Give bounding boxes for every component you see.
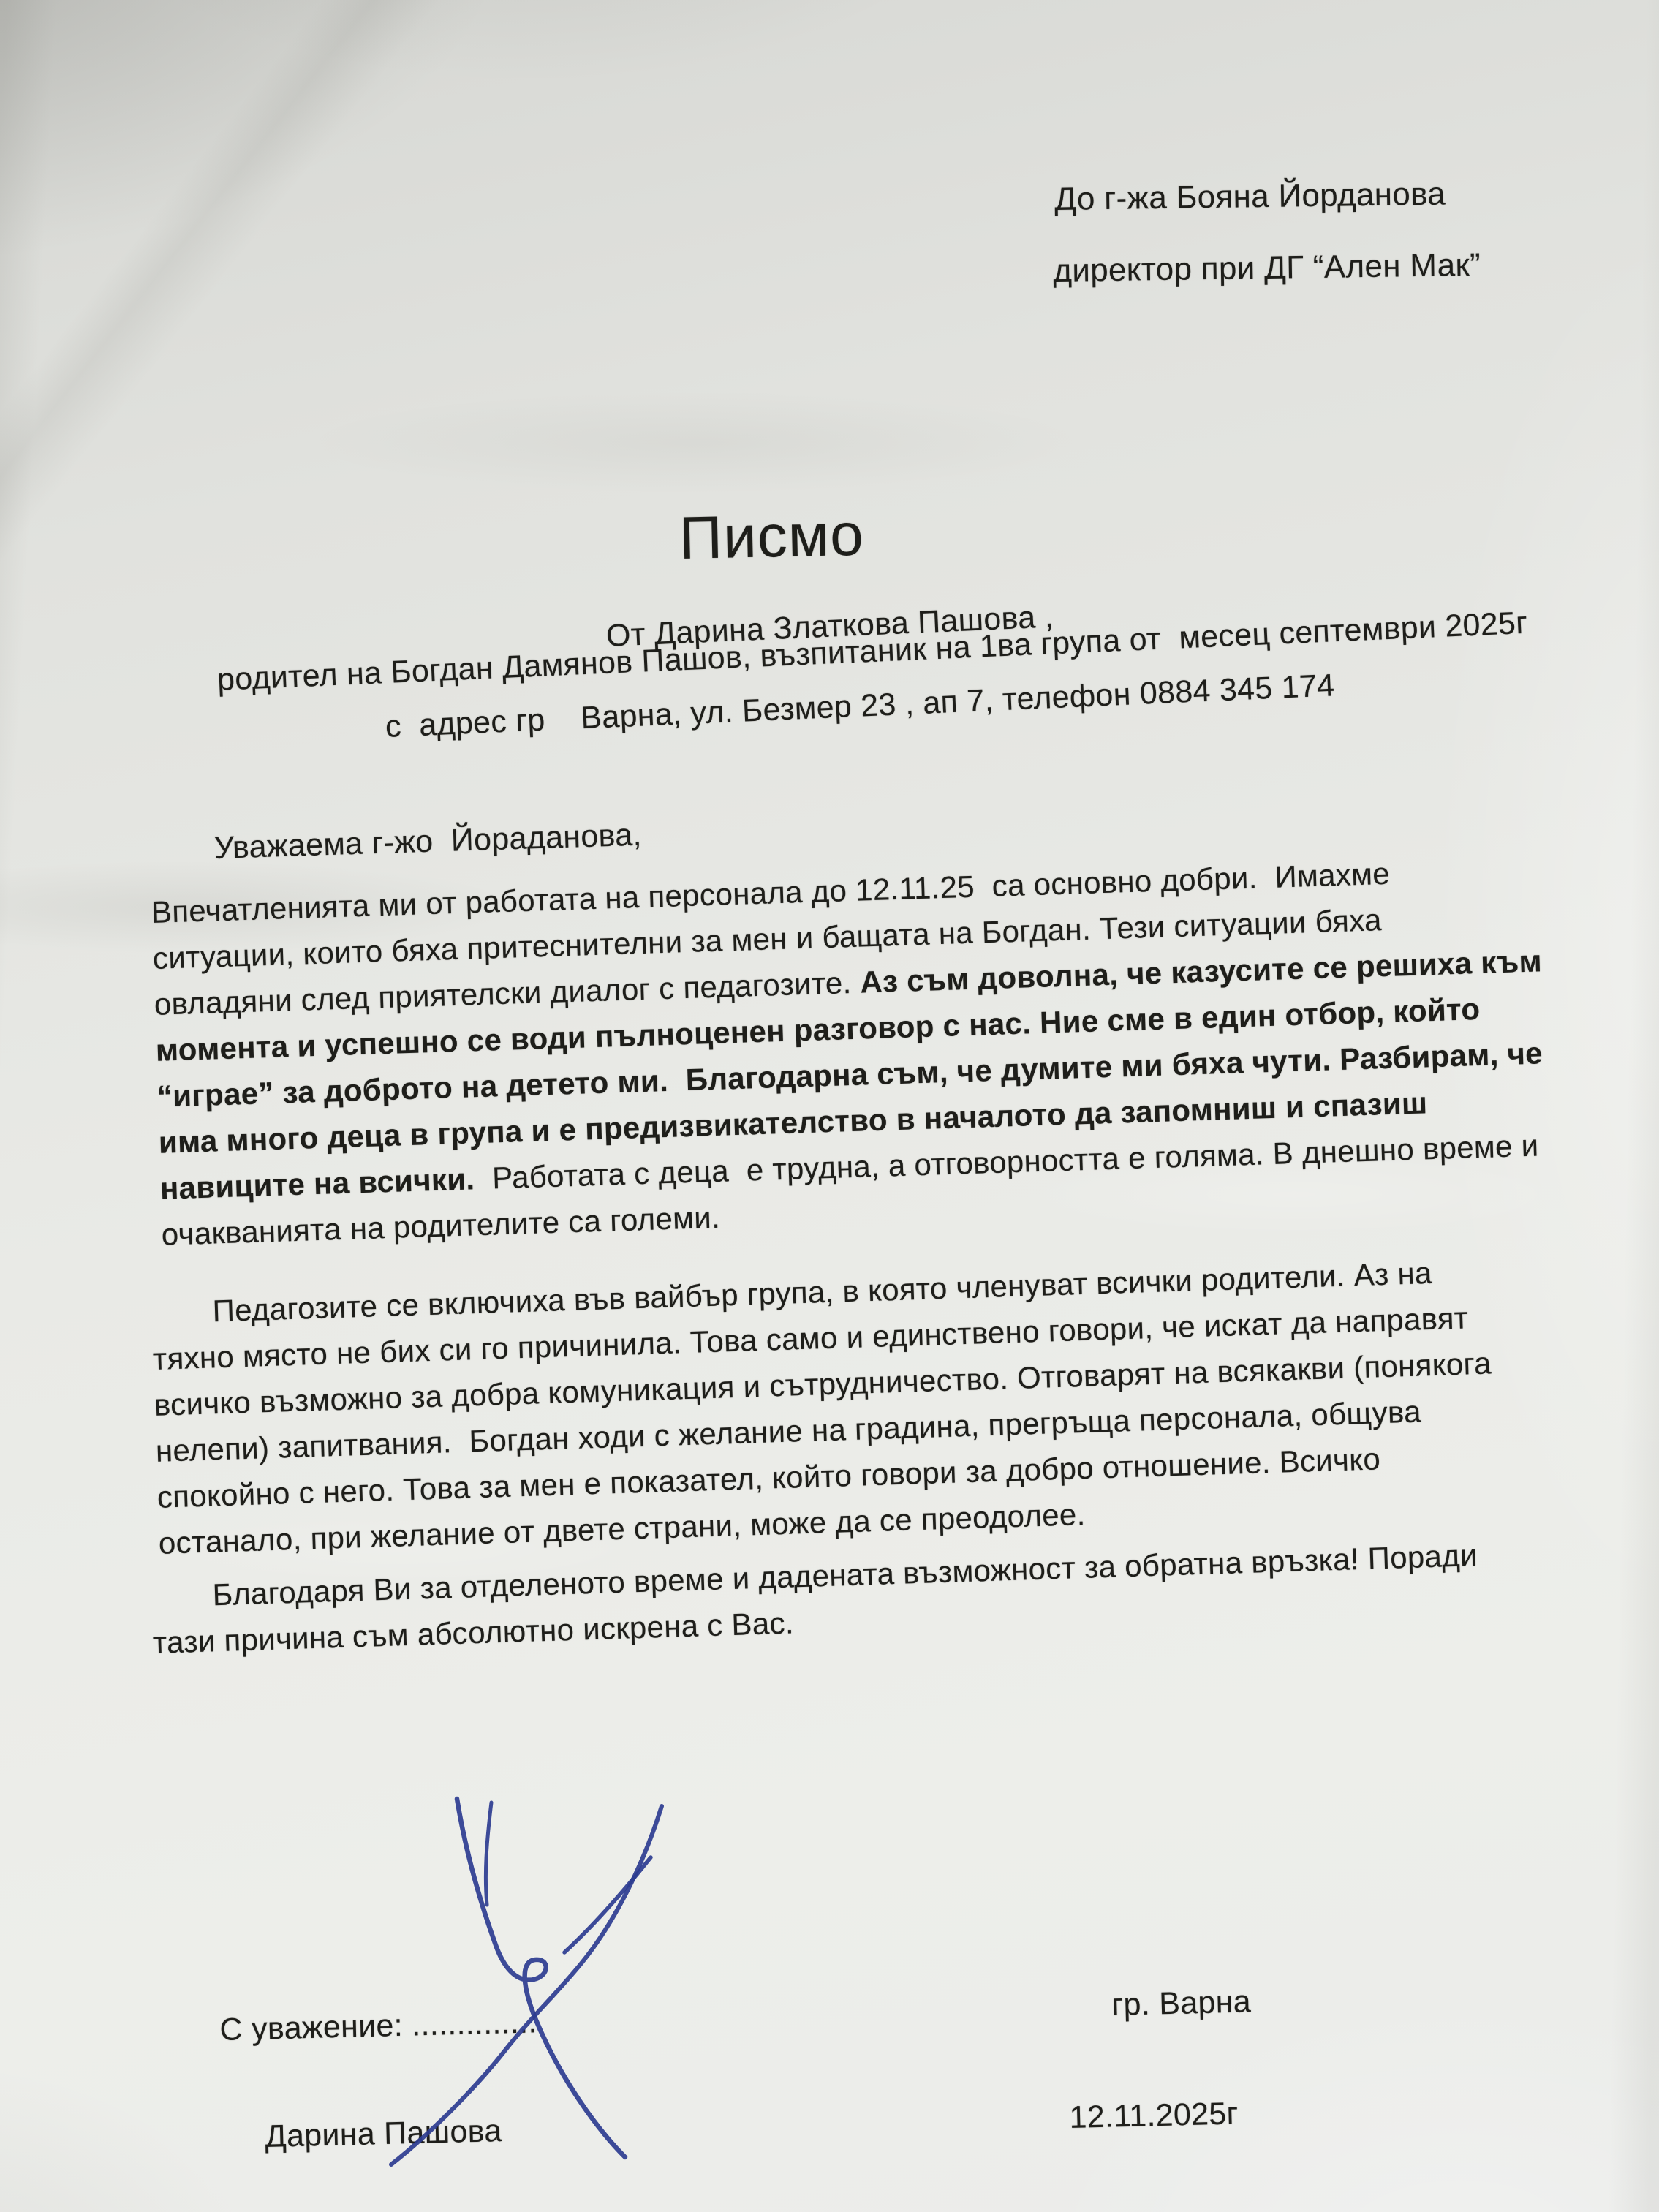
handwritten-signature [380, 1770, 702, 2179]
letter-title: Писмо [679, 501, 865, 573]
salutation: Уважаема г-жо Йораданова, [213, 818, 642, 867]
photographed-letter: До г-жа Бояна Йорданова директор при ДГ … [0, 0, 1659, 2212]
signature-stroke [457, 1799, 625, 2157]
body-paragraph: Педагозите се включиха във вайбър група,… [151, 1248, 1497, 1566]
city-line: гр. Варна [1111, 1984, 1252, 2023]
body-paragraph: Впечатленията ми от работата на персонал… [151, 845, 1550, 1257]
signature-stroke [485, 1803, 491, 1905]
recipient-to: До г-жа Бояна Йорданова [1054, 176, 1446, 218]
recipient-position: директор при ДГ “Ален Мак” [1053, 247, 1481, 290]
bold-text-run: навиците на всички. [159, 1161, 475, 1206]
date-line: 12.11.2025г [1069, 2096, 1239, 2136]
signature-stroke [564, 1857, 651, 1952]
